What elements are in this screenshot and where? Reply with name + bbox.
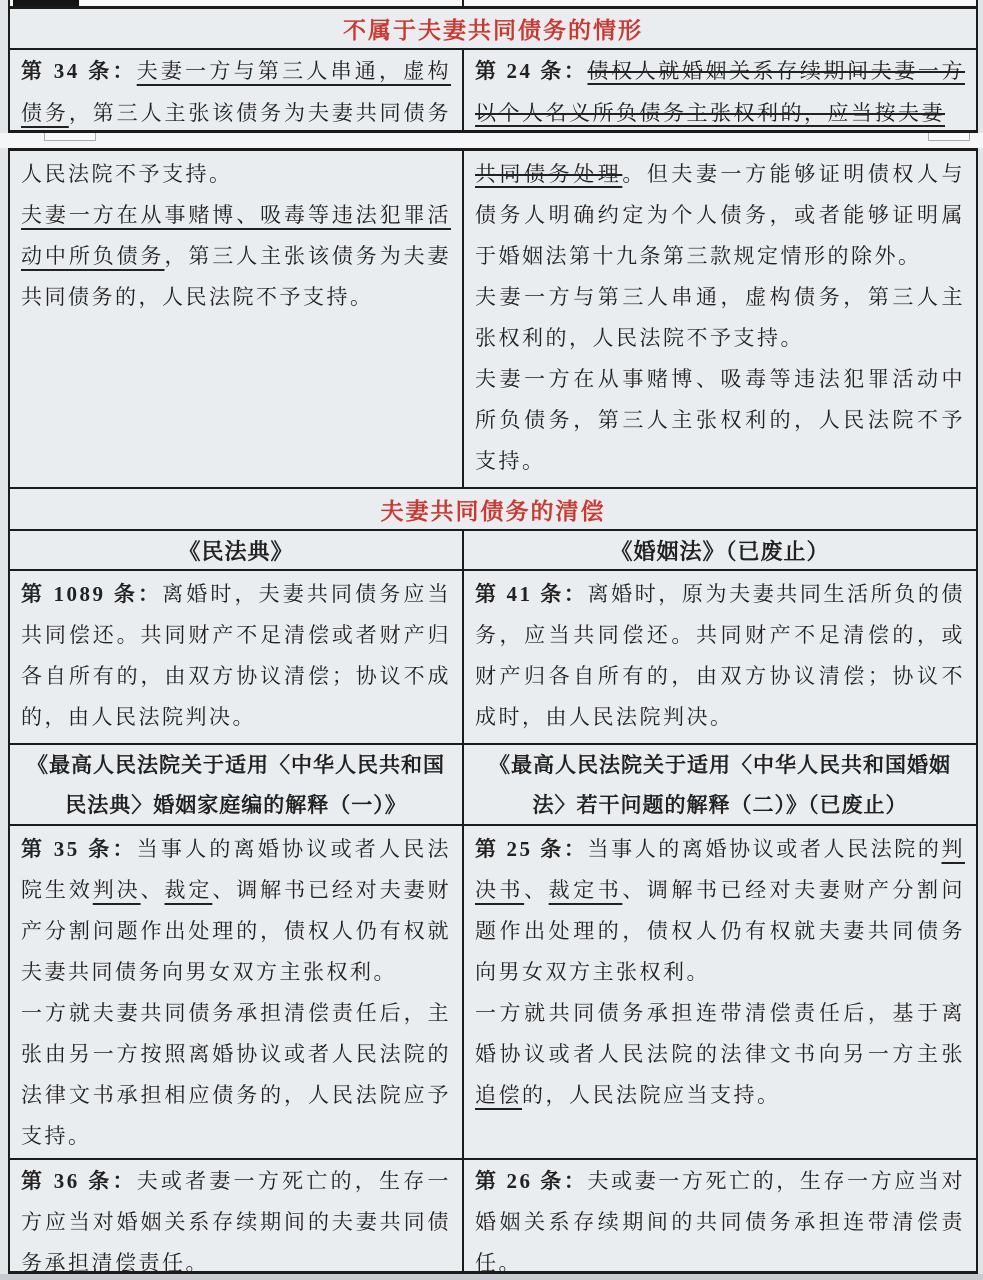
table-row-interpretation-headers: 《最高人民法院关于适用〈中华人民共和国民法典〉婚姻家庭编的解释（一）》 《最高人…: [10, 745, 976, 826]
section-header-repayment: 夫妻共同债务的清偿: [10, 489, 976, 531]
cell-article-36: 第 36 条：夫或者妻一方死亡的，生存一方应当对婚姻关系存续期间的夫妻共同债务承…: [10, 1160, 464, 1273]
cell-article-34-continued: 人民法院不予支持。夫妻一方在从事赌博、吸毒等违法犯罪活动中所负债务，第三人主张该…: [10, 151, 464, 487]
table-row-article-1089-41: 第 1089 条：离婚时，夫妻共同债务应当共同偿还。共同财产不足清偿或者财产归各…: [10, 571, 976, 745]
table-row-article-34-24: 第 34 条：夫妻一方与第三人串通，虚构债务，第三人主张该债务为夫妻共同债务的，…: [10, 50, 976, 130]
document-screenshot: 不属于夫妻共同债务的情形 第 34 条：夫妻一方与第三人串通，虚构债务，第三人主…: [0, 0, 983, 1280]
table-edge-handle-left: [44, 133, 96, 141]
cell-article-24: 第 24 条：债权人就婚姻关系存续期间夫妻一方以个人名义所负债务主张权利的，应当…: [464, 50, 976, 130]
cutoff-previous-cell-left: [10, 0, 464, 6]
table-row-article-34-24-continued: 人民法院不予支持。夫妻一方在从事赌博、吸毒等违法犯罪活动中所负债务，第三人主张该…: [10, 151, 976, 489]
cell-article-26: 第 26 条：夫或妻一方死亡的，生存一方应当对婚姻关系存续期间的共同债务承担连带…: [464, 1160, 976, 1273]
table-edge-handle-right: [928, 133, 970, 141]
table-fragment-top: 不属于夫妻共同债务的情形 第 34 条：夫妻一方与第三人串通，虚构债务，第三人主…: [8, 0, 978, 133]
cutoff-previous-cell-right: [464, 0, 976, 6]
table-fragment-bottom: 人民法院不予支持。夫妻一方在从事赌博、吸毒等违法犯罪活动中所负债务，第三人主张该…: [8, 148, 978, 1274]
cell-article-34: 第 34 条：夫妻一方与第三人串通，虚构债务，第三人主张该债务为夫妻共同债务的，: [10, 50, 464, 130]
column-header-interpretation-marriage-law: 《最高人民法院关于适用〈中华人民共和国婚姻法〉若干问题的解释（二）》（已废止）: [464, 745, 976, 824]
column-header-interpretation-civil-code: 《最高人民法院关于适用〈中华人民共和国民法典〉婚姻家庭编的解释（一）》: [10, 745, 464, 824]
column-header-civil-code: 《民法典》: [10, 531, 464, 569]
cell-article-35: 第 35 条：当事人的离婚协议或者人民法院生效判决、裁定、调解书已经对夫妻财产分…: [10, 826, 464, 1158]
table-row-article-35-25: 第 35 条：当事人的离婚协议或者人民法院生效判决、裁定、调解书已经对夫妻财产分…: [10, 826, 976, 1160]
cutoff-text-remnant: [13, 0, 79, 6]
cell-article-1089: 第 1089 条：离婚时，夫妻共同债务应当共同偿还。共同财产不足清偿或者财产归各…: [10, 571, 464, 743]
page-gap: [0, 133, 983, 148]
cell-article-25: 第 25 条：当事人的离婚协议或者人民法院的判决书、裁定书、调解书已经对夫妻财产…: [464, 826, 976, 1158]
table-row-law-headers: 《民法典》 《婚姻法》（已废止）: [10, 531, 976, 571]
section-header-exclusions: 不属于夫妻共同债务的情形: [10, 9, 976, 50]
column-header-marriage-law: 《婚姻法》（已废止）: [464, 531, 976, 569]
cutoff-previous-row: [10, 0, 976, 9]
bottom-edge-strip: [0, 1274, 983, 1280]
table-row-article-36-26: 第 36 条：夫或者妻一方死亡的，生存一方应当对婚姻关系存续期间的夫妻共同债务承…: [10, 1160, 976, 1273]
cell-article-24-continued: 共同债务处理。但夫妻一方能够证明债权人与债务人明确约定为个人债务，或者能够证明属…: [464, 151, 976, 487]
cell-article-41: 第 41 条：离婚时，原为夫妻共同生活所负的债务，应当共同偿还。共同财产不足清偿…: [464, 571, 976, 743]
